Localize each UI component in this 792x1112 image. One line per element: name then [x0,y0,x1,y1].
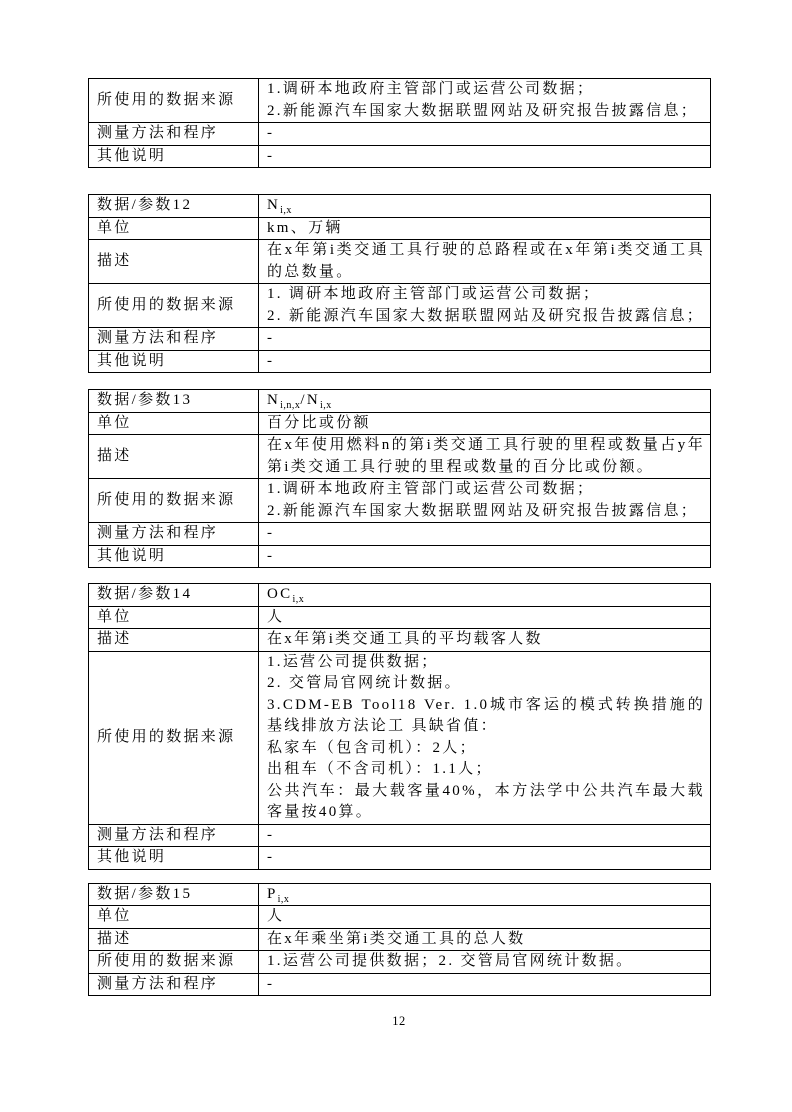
table-row: 其他说明 - [89,350,711,373]
table-row: 数据/参数13 Ni,n,x/Ni,x [89,390,711,413]
row-label: 数据/参数15 [89,883,259,906]
row-value: 1. 调研本地政府主管部门或运营公司数据； 2. 新能源汽车国家大数据联盟网站及… [259,284,711,328]
table-row: 所使用的数据来源 1. 调研本地政府主管部门或运营公司数据； 2. 新能源汽车国… [89,284,711,328]
table-row: 单位 人 [89,606,711,629]
page-number: 12 [88,1014,710,1029]
symbol-base: OC [267,586,292,602]
row-label: 测量方法和程序 [89,824,259,847]
row-value: - [259,523,711,546]
table-row: 其他说明 - [89,847,711,870]
value-line: 1.调研本地政府主管部门或运营公司数据； [267,79,705,101]
symbol-base: N [267,392,280,408]
value-line: 3.CDM-EB Tool18 Ver. 1.0城市客运的模式转换措施的基线排放… [267,695,705,738]
row-label: 所使用的数据来源 [89,284,259,328]
row-value: - [259,973,711,996]
value-line: 2. 交管局官网统计数据。 [267,673,705,695]
row-value: km、万辆 [259,217,711,240]
value-line: 2.新能源汽车国家大数据联盟网站及研究报告披露信息； [267,101,705,123]
parameter-table-15: 数据/参数15 Pi,x 单位 人 描述 在x年乘坐第i类交通工具的总人数 所使… [88,883,711,997]
row-value: 在x年使用燃料n的第i类交通工具行驶的里程或数量占y年第i类交通工具行驶的里程或… [259,435,711,479]
row-value: 在x年第i类交通工具的平均载客人数 [259,629,711,652]
value-line: 2. 新能源汽车国家大数据联盟网站及研究报告披露信息； [267,306,705,328]
row-value: - [259,824,711,847]
parameter-table-13: 数据/参数13 Ni,n,x/Ni,x 单位 百分比或份额 描述 在x年使用燃料… [88,389,711,568]
table-row: 数据/参数15 Pi,x [89,883,711,906]
parameter-table-14: 数据/参数14 OCi,x 单位 人 描述 在x年第i类交通工具的平均载客人数 … [88,583,711,870]
row-label: 所使用的数据来源 [89,479,259,523]
table-row: 所使用的数据来源 1.运营公司提供数据； 2. 交管局官网统计数据。 3.CDM… [89,651,711,824]
value-line: 出租车（不含司机）：1.1人； [267,759,705,781]
value-line: 1. 调研本地政府主管部门或运营公司数据； [267,284,705,306]
table-row: 描述 在x年使用燃料n的第i类交通工具行驶的里程或数量占y年第i类交通工具行驶的… [89,435,711,479]
symbol-base: N [267,197,280,213]
row-label: 描述 [89,629,259,652]
row-label: 其他说明 [89,350,259,373]
row-value: 人 [259,606,711,629]
row-label: 单位 [89,906,259,929]
symbol-base: /N [300,392,320,408]
row-value: 1.运营公司提供数据；2. 交管局官网统计数据。 [259,951,711,974]
row-label: 其他说明 [89,145,259,168]
table-row: 测量方法和程序 - [89,328,711,351]
parameter-symbol: Pi,x [259,883,711,906]
row-value: 人 [259,906,711,929]
row-value: - [259,123,711,146]
parameter-symbol: Ni,n,x/Ni,x [259,390,711,413]
table-row: 数据/参数14 OCi,x [89,584,711,607]
value-line: 私家车（包含司机）：2人； [267,738,705,760]
symbol-subscript: i,x [320,400,332,411]
row-label: 测量方法和程序 [89,328,259,351]
table-row: 测量方法和程序 - [89,123,711,146]
row-label: 所使用的数据来源 [89,79,259,123]
symbol-subscript: i,x [292,594,304,605]
table-row: 其他说明 - [89,145,711,168]
table-row: 单位 人 [89,906,711,929]
row-value: - [259,847,711,870]
table-row: 描述 在x年乘坐第i类交通工具的总人数 [89,928,711,951]
table-row: 所使用的数据来源 1.调研本地政府主管部门或运营公司数据； 2.新能源汽车国家大… [89,79,711,123]
table-row: 测量方法和程序 - [89,523,711,546]
row-label: 测量方法和程序 [89,123,259,146]
value-line: 2.新能源汽车国家大数据联盟网站及研究报告披露信息； [267,501,705,523]
table-row: 单位 km、万辆 [89,217,711,240]
table-row: 其他说明 - [89,545,711,568]
row-label: 所使用的数据来源 [89,951,259,974]
row-label: 数据/参数13 [89,390,259,413]
table-row: 数据/参数12 Ni,x [89,195,711,218]
row-label: 描述 [89,435,259,479]
row-label: 测量方法和程序 [89,973,259,996]
row-value: 1.运营公司提供数据； 2. 交管局官网统计数据。 3.CDM-EB Tool1… [259,651,711,824]
table-row: 测量方法和程序 - [89,824,711,847]
document-page: 所使用的数据来源 1.调研本地政府主管部门或运营公司数据； 2.新能源汽车国家大… [0,0,792,1112]
table-row: 描述 在x年第i类交通工具的平均载客人数 [89,629,711,652]
row-label: 单位 [89,606,259,629]
value-line: 公共汽车：最大载客量40%，本方法学中公共汽车最大载客量按40算。 [267,781,705,824]
table-row: 所使用的数据来源 1.调研本地政府主管部门或运营公司数据； 2.新能源汽车国家大… [89,479,711,523]
row-label: 单位 [89,217,259,240]
row-value: 百分比或份额 [259,412,711,435]
row-label: 其他说明 [89,545,259,568]
row-value: 在x年第i类交通工具行驶的总路程或在x年第i类交通工具的总数量。 [259,240,711,284]
row-label: 其他说明 [89,847,259,870]
row-value: - [259,350,711,373]
row-label: 所使用的数据来源 [89,651,259,824]
parameter-table-continued: 所使用的数据来源 1.调研本地政府主管部门或运营公司数据； 2.新能源汽车国家大… [88,78,711,168]
row-label: 单位 [89,412,259,435]
row-value: - [259,545,711,568]
table-row: 单位 百分比或份额 [89,412,711,435]
value-line: 1.运营公司提供数据； [267,652,705,674]
parameter-symbol: Ni,x [259,195,711,218]
symbol-subscript: i,x [278,894,290,905]
row-value: 在x年乘坐第i类交通工具的总人数 [259,928,711,951]
row-label: 描述 [89,928,259,951]
symbol-subscript: i,n,x [280,400,300,411]
table-row: 所使用的数据来源 1.运营公司提供数据；2. 交管局官网统计数据。 [89,951,711,974]
parameter-symbol: OCi,x [259,584,711,607]
table-row: 描述 在x年第i类交通工具行驶的总路程或在x年第i类交通工具的总数量。 [89,240,711,284]
row-label: 数据/参数12 [89,195,259,218]
row-value: 1.调研本地政府主管部门或运营公司数据； 2.新能源汽车国家大数据联盟网站及研究… [259,79,711,123]
row-value: - [259,328,711,351]
row-label: 数据/参数14 [89,584,259,607]
table-row: 测量方法和程序 - [89,973,711,996]
row-value: 1.调研本地政府主管部门或运营公司数据； 2.新能源汽车国家大数据联盟网站及研究… [259,479,711,523]
parameter-table-12: 数据/参数12 Ni,x 单位 km、万辆 描述 在x年第i类交通工具行驶的总路… [88,194,711,373]
row-value: - [259,145,711,168]
value-line: 1.调研本地政府主管部门或运营公司数据； [267,479,705,501]
row-label: 测量方法和程序 [89,523,259,546]
symbol-subscript: i,x [280,205,292,216]
row-label: 描述 [89,240,259,284]
symbol-base: P [267,886,278,902]
